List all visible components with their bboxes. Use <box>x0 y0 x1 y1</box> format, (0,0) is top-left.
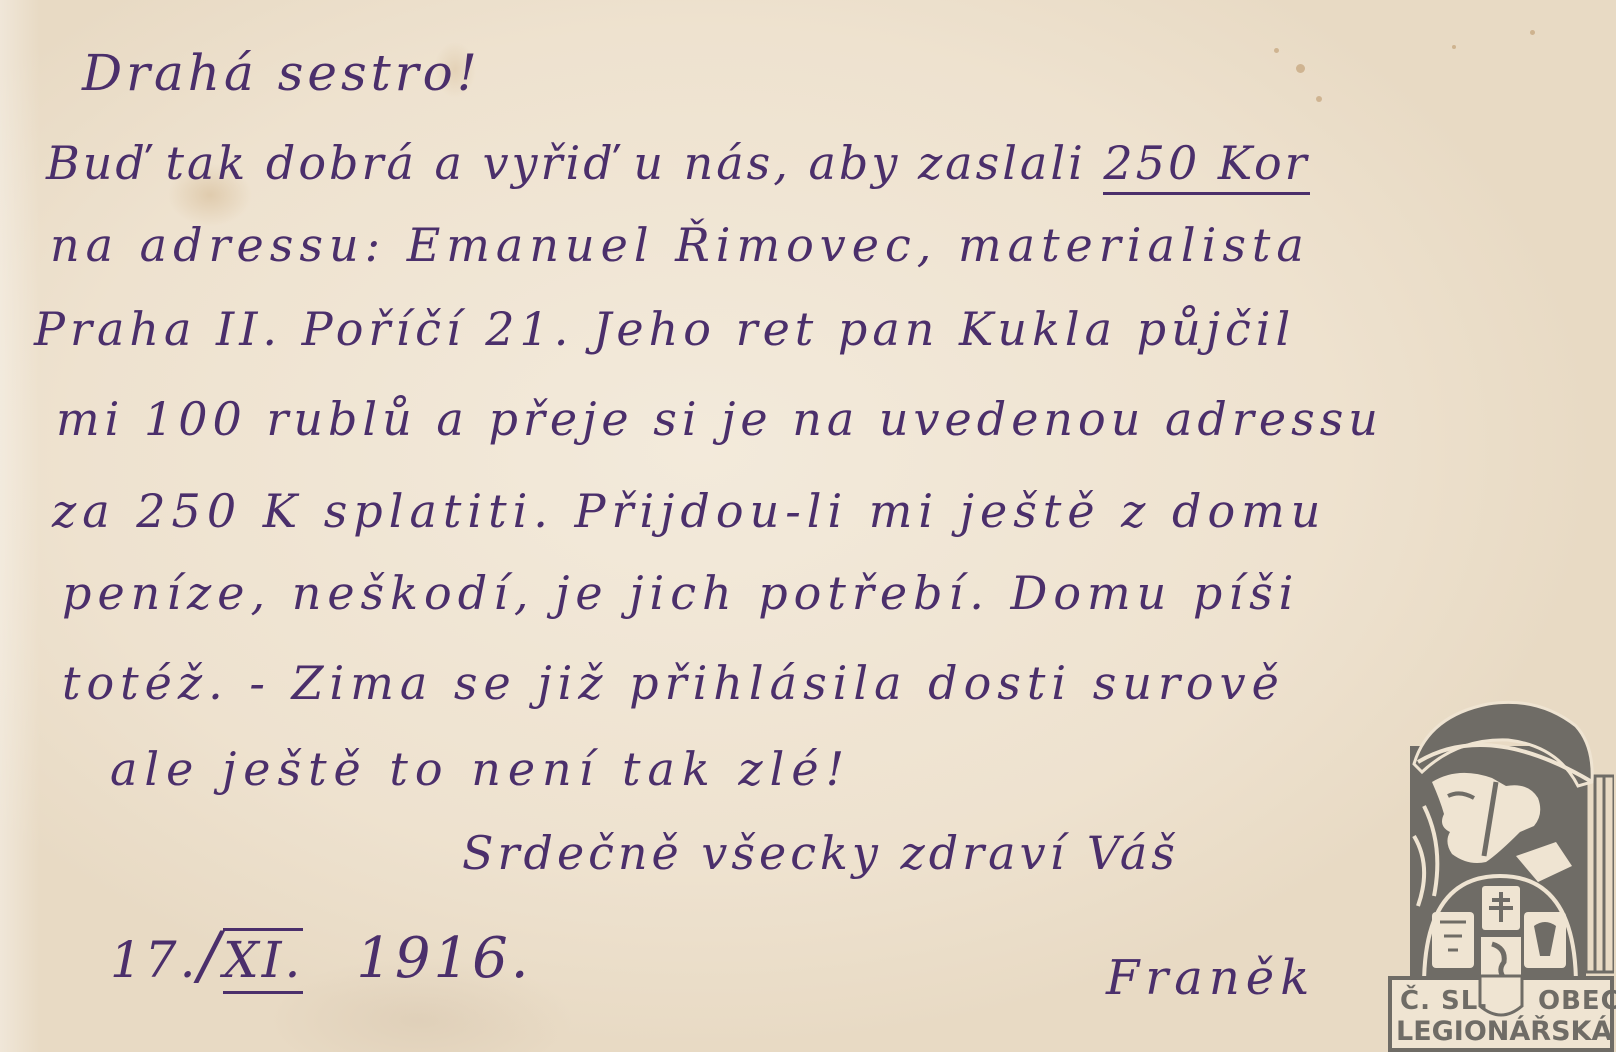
watermark-text-bottom: LEGIONÁŘSKÁ <box>1396 1016 1612 1047</box>
watermark-text-left: Č. SL. <box>1400 986 1489 1016</box>
amount-underlined: 250 Kor <box>1103 136 1309 195</box>
letter-line-1-text: Buď tak dobrá a vyřiď u nás, aby zaslali <box>46 136 1103 190</box>
date-separator: / <box>199 919 224 993</box>
date-day: 17. <box>110 931 199 989</box>
legionnaire-watermark: Č. SL. OBEC LEGIONÁŘSKÁ <box>1388 686 1614 1052</box>
letter-line-1: Buď tak dobrá a vyřiď u nás, aby zaslali… <box>46 140 1310 186</box>
letter-line-5: za 250 K splatiti. Přijdou-li mi ještě z… <box>52 488 1326 534</box>
paper-stain <box>1452 45 1456 49</box>
letter-line-8: ale ještě to není tak zlé! <box>110 746 851 792</box>
postcard: Drahá sestro! Buď tak dobrá a vyřiď u ná… <box>0 0 1616 1052</box>
letter-signature: Franěk <box>1106 954 1315 1002</box>
letter-line-3: Praha II. Poříčí 21. Jeho ret pan Kukla … <box>34 306 1295 352</box>
letter-line-4: mi 100 rublů a přeje si je na uvedenou a… <box>56 396 1383 442</box>
letter-line-7: totéž. - Zima se již přihlásila dosti su… <box>62 660 1285 706</box>
letter-salutation: Drahá sestro! <box>82 48 481 98</box>
letter-date: 17./XI. 1916. <box>110 924 532 988</box>
watermark-text-right: OBEC <box>1538 986 1616 1016</box>
letter-closing: Srdečně všecky zdraví Váš <box>462 830 1179 876</box>
paper-stain <box>1530 30 1535 35</box>
paper-edge-crease <box>0 0 40 1052</box>
paper-stain <box>1296 64 1305 73</box>
letter-line-2: na adressu: Emanuel Řimovec, materialist… <box>50 222 1310 268</box>
letter-line-6: peníze, neškodí, je jich potřebí. Domu p… <box>62 570 1299 616</box>
date-month: XI. <box>223 928 303 994</box>
date-year: 1916. <box>356 926 531 991</box>
paper-stain <box>1316 96 1322 102</box>
paper-stain <box>1274 48 1279 53</box>
